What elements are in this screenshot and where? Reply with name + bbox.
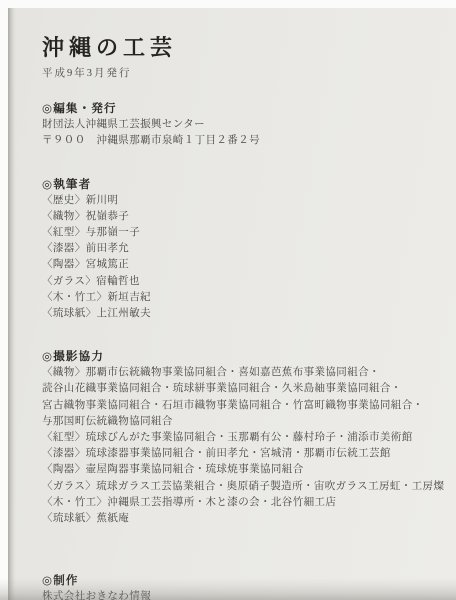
section-line: 〈織物〉祝嶺恭子 — [42, 209, 446, 225]
colophon-section: ◎編集・発行財団法人沖縄県工芸振興センター〒９００ 沖縄県那覇市泉崎１丁目２番２… — [42, 101, 446, 149]
section-line: 〈ガラス〉琉球ガラス工芸協業組合・奥原硝子製造所・宙吹ガラス工房虹・工房燦 — [42, 479, 446, 495]
section-line: 株式会社おきなわ情報 — [42, 589, 446, 600]
section-line: 〈琉球紙〉蕉紙庵 — [42, 511, 446, 527]
section-line: 〒９００ 沖縄県那覇市泉崎１丁目２番２号 — [42, 133, 446, 149]
section-line: 〈漆器〉琉球漆器事業協同組合・前田孝允・宮城清・那覇市伝統工芸館 — [42, 446, 446, 462]
section-line: 〈ガラス〉宿輪哲也 — [42, 274, 446, 290]
section-line: 〈紅型〉琉球びんがた事業協同組合・玉那覇有公・藤村玲子・浦添市美術館 — [42, 430, 446, 446]
colophon-section: ◎制作株式会社おきなわ情報 — [42, 573, 446, 600]
scanned-colophon-page: 沖縄の工芸 平成9年3月発行 ◎編集・発行財団法人沖縄県工芸振興センター〒９００… — [0, 0, 456, 600]
section-line: 〈木・竹工〉沖縄県工芸指導所・木と漆の会・北谷竹細工店 — [42, 495, 446, 511]
section-line: 財団法人沖縄県工芸振興センター — [42, 117, 446, 133]
section-line: 与那国町伝統織物協同組合 — [42, 414, 446, 430]
colophon-section: ◎撮影協力〈織物〉那覇市伝統織物事業協同組合・喜如嘉芭蕉布事業協同組合・読谷山花… — [42, 349, 446, 527]
colophon-section: ◎執筆者〈歴史〉新川明〈織物〉祝嶺恭子〈紅型〉与那嶺一子〈漆器〉前田孝允〈陶器〉… — [42, 177, 446, 323]
section-line: 〈歴史〉新川明 — [42, 193, 446, 209]
section-line: 〈陶器〉宮城篤正 — [42, 257, 446, 273]
publication-date: 平成9年3月発行 — [42, 65, 446, 80]
section-line: 〈織物〉那覇市伝統織物事業協同組合・喜如嘉芭蕉布事業協同組合・ — [42, 365, 446, 381]
section-line: 宮古織物事業協同組合・石垣市織物事業協同組合・竹富町織物事業協同組合・ — [42, 398, 446, 414]
section-heading: ◎編集・発行 — [42, 101, 446, 117]
colophon-sections: ◎編集・発行財団法人沖縄県工芸振興センター〒９００ 沖縄県那覇市泉崎１丁目２番２… — [42, 101, 446, 600]
book-title: 沖縄の工芸 — [42, 36, 446, 60]
section-line: 〈紅型〉与那嶺一子 — [42, 225, 446, 241]
section-heading: ◎制作 — [42, 573, 446, 589]
book-page: 沖縄の工芸 平成9年3月発行 ◎編集・発行財団法人沖縄県工芸振興センター〒９００… — [8, 8, 456, 600]
section-heading: ◎執筆者 — [42, 177, 446, 193]
section-line: 〈漆器〉前田孝允 — [42, 241, 446, 257]
section-line: 〈木・竹工〉新垣吉紀 — [42, 290, 446, 306]
section-line: 〈琉球紙〉上江州敏夫 — [42, 306, 446, 322]
section-line: 読谷山花織事業協同組合・琉球絣事業協同組合・久米島紬事業協同組合・ — [42, 381, 446, 397]
section-heading: ◎撮影協力 — [42, 349, 446, 365]
section-line: 〈陶器〉壷屋陶器事業協同組合・琉球焼事業協同組合 — [42, 462, 446, 478]
